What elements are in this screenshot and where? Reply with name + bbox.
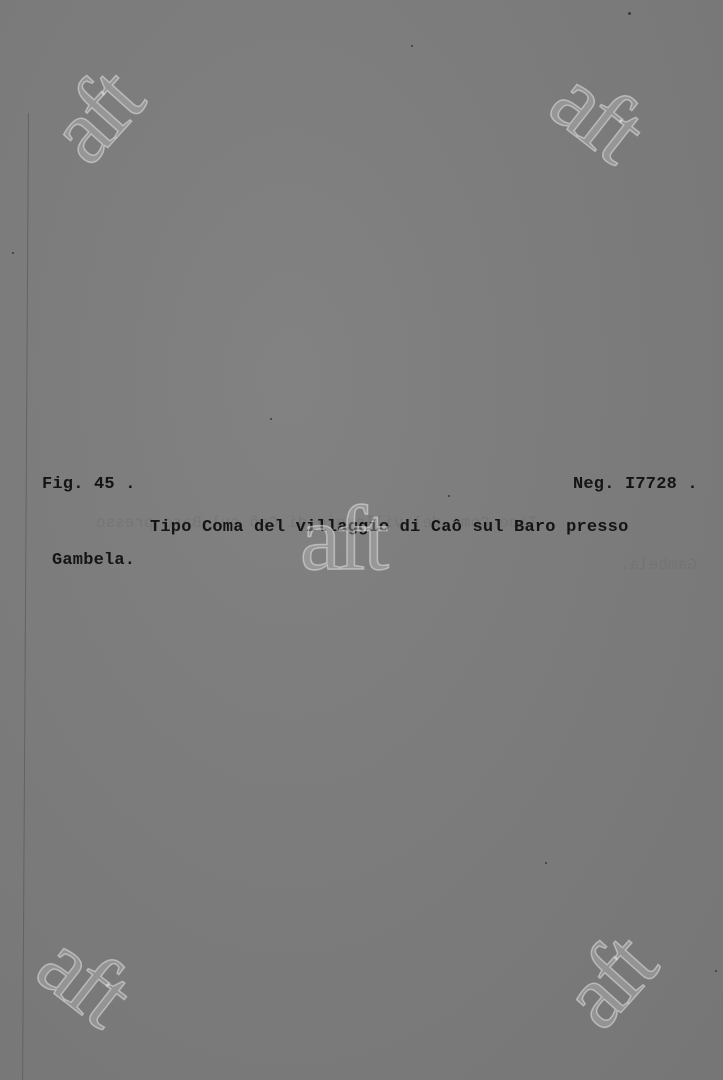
dust-speck: [628, 12, 631, 15]
scanned-card: Tipo Coma del villaggio di Caô sul Baro …: [0, 0, 723, 1080]
caption-line-2: Gambela.: [52, 552, 135, 569]
dust-speck: [448, 495, 450, 497]
dust-speck: [545, 862, 547, 864]
dust-speck: [12, 252, 14, 254]
watermark-logo: aft: [32, 54, 157, 179]
watermark-logo: aft: [23, 916, 147, 1041]
dust-speck: [411, 45, 413, 47]
negative-number: Neg. I7728 .: [573, 476, 698, 493]
dust-speck: [715, 970, 717, 972]
watermark-logo: aft: [545, 919, 670, 1044]
caption-line-1: Tipo Coma del villaggio di Caô sul Baro …: [150, 519, 628, 536]
margin-rule: [22, 113, 29, 1080]
watermark-logo: aft: [300, 492, 385, 584]
watermark-logo: aft: [536, 52, 660, 177]
figure-label: Fig. 45 .: [42, 476, 136, 493]
dust-speck: [270, 418, 272, 420]
bleed-through-text: Gambela.: [620, 556, 697, 574]
